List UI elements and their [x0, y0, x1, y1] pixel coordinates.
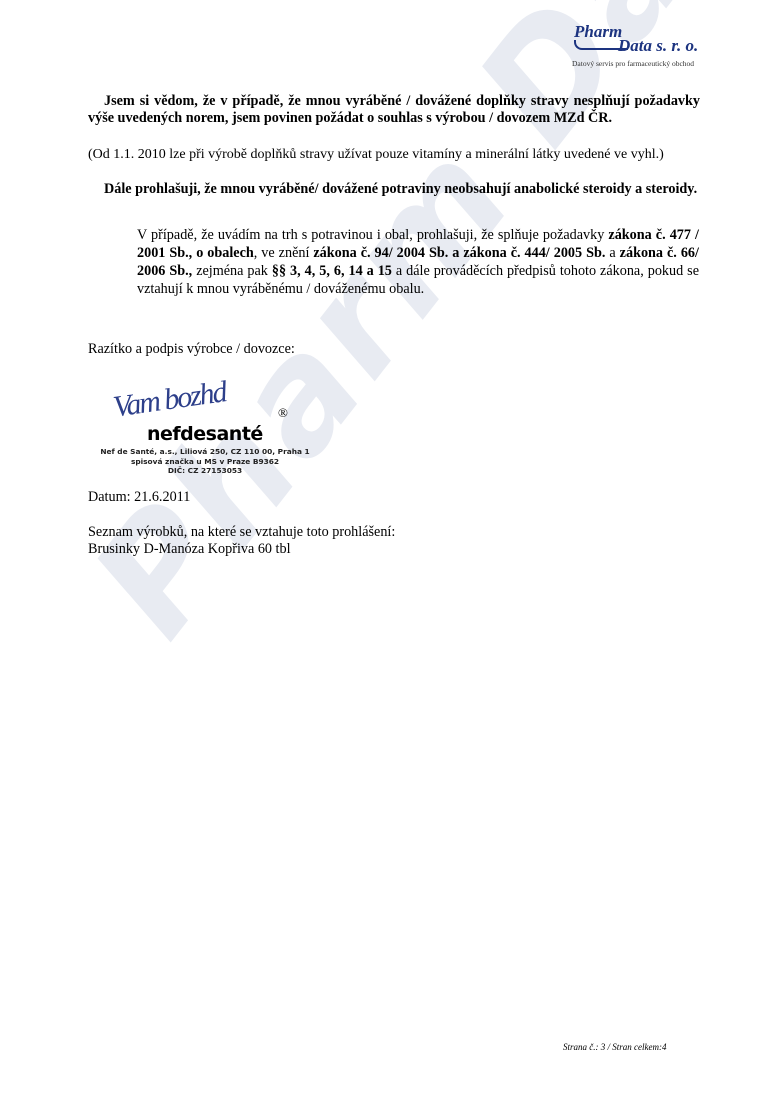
page-footer: Strana č.: 3 / Stran celkem:4: [563, 1042, 666, 1052]
pharmdata-logo: Pharm Data s. r. o. Datový servis pro fa…: [560, 18, 710, 73]
packaging-law-ref: zákona č. 94/ 2004 Sb. a zákona č. 444/ …: [313, 245, 605, 261]
packaging-law-ref: §§ 3, 4, 5, 6, 14 a 15: [272, 263, 392, 279]
document-date: Datum: 21.6.2011: [88, 489, 190, 506]
company-stamp: Vam bozhd ® nefdesanté Nef de Santé, a.s…: [95, 383, 315, 483]
packaging-declaration: V případě, že uvádím na trh s potravinou…: [137, 226, 699, 298]
packaging-text: a: [605, 245, 619, 261]
handwritten-signature: Vam bozhd: [111, 375, 227, 424]
stamp-tax-id: DIČ: CZ 27153053: [95, 466, 315, 476]
signature-label: Razítko a podpis výrobce / dovozce:: [88, 341, 295, 358]
declaration-note: (Od 1.1. 2010 lze při výrobě doplňků str…: [88, 146, 700, 163]
registered-mark-icon: ®: [278, 405, 288, 421]
stamp-details: Nef de Santé, a.s., Liliová 250, CZ 110 …: [95, 447, 315, 476]
packaging-text: V případě, že uvádím na trh s potravinou…: [137, 227, 608, 243]
logo-tagline: Datový servis pro farmaceutický obchod: [572, 59, 694, 68]
product-list-label: Seznam výrobků, na které se vztahuje tot…: [88, 524, 395, 541]
packaging-text: zejména pak: [192, 263, 272, 279]
stamp-address: Nef de Santé, a.s., Liliová 250, CZ 110 …: [95, 447, 315, 457]
logo-line1: Pharm: [574, 22, 622, 42]
stamp-brand: nefdesanté: [147, 423, 263, 445]
packaging-text: , ve znění: [254, 245, 314, 261]
declaration-paragraph-1: Jsem si vědom, že v případě, že mnou vyr…: [88, 93, 700, 127]
stamp-registration: spisová značka u MS v Praze B9362: [95, 457, 315, 467]
logo-line2: Data s. r. o.: [618, 36, 698, 56]
declaration-paragraph-2: Dále prohlašuji, že mnou vyráběné/ dováž…: [88, 181, 700, 198]
product-item: Brusinky D-Manóza Kopřiva 60 tbl: [88, 541, 291, 558]
